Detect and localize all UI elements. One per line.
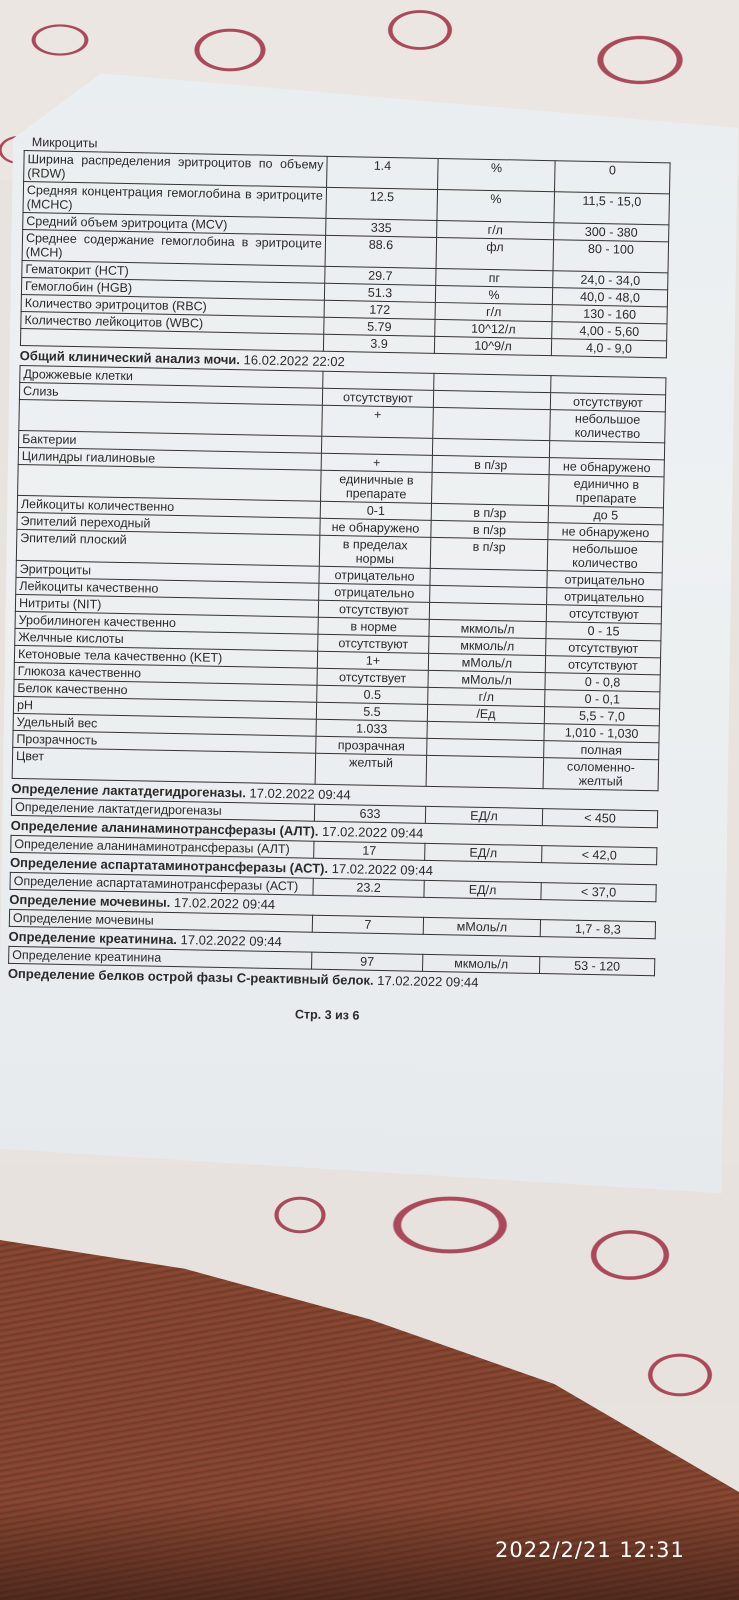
test-reference: 40,0 - 48,0 (552, 288, 667, 307)
test-value: 17 (314, 841, 425, 860)
test-value: 0.5 (317, 685, 428, 704)
test-value: 5.79 (324, 317, 435, 336)
test-unit: % (438, 158, 556, 191)
test-reference: < 450 (542, 809, 657, 828)
test-unit: мМоль/л (423, 917, 540, 936)
test-unit (426, 755, 544, 788)
test-reference: отрицательно (547, 571, 662, 590)
test-unit: в п/зр (430, 537, 548, 570)
test-value: в пределах нормы (319, 535, 431, 568)
test-value: 172 (324, 300, 435, 319)
test-reference: < 37,0 (541, 883, 656, 902)
test-reference: 1,7 - 8,3 (540, 920, 655, 939)
test-value: 97 (312, 952, 423, 971)
test-reference: 4,00 - 5,60 (552, 322, 667, 341)
test-reference: отрицательно (547, 588, 662, 607)
urine-table: Дрожжевые клеткиСлизьотсутствуютотсутств… (12, 365, 667, 791)
test-value: не обнаружено (320, 518, 431, 537)
test-value: 29.7 (325, 266, 436, 285)
test-reference: небольшое количество (550, 410, 666, 443)
test-reference: 4,0 - 9,0 (551, 339, 666, 358)
test-value: 51.3 (324, 283, 435, 302)
single-tests: Определение лактатдегидрогеназы. 17.02.2… (8, 781, 651, 976)
test-reference: единично в препарате (548, 475, 664, 508)
test-value: в норме (318, 617, 429, 636)
test-reference: 0 - 15 (546, 622, 661, 641)
test-value: 1.4 (327, 156, 439, 189)
test-reference: до 5 (548, 506, 663, 525)
test-value: отрицательно (319, 583, 430, 602)
test-value: + (321, 453, 432, 472)
test-reference: 24,0 - 34,0 (553, 271, 668, 290)
test-reference: 0 (555, 161, 671, 194)
test-unit: мкмоль/л (423, 954, 540, 973)
test-value: 12.5 (326, 187, 438, 220)
test-reference: отсутствуют (545, 656, 660, 675)
test-unit (433, 407, 551, 440)
test-value: 88.6 (325, 235, 437, 268)
test-value: 3.9 (323, 334, 434, 353)
test-value: 1.033 (316, 719, 427, 738)
test-reference: полная (544, 741, 659, 760)
test-value (321, 436, 432, 455)
test-reference: 1,010 - 1,030 (544, 724, 659, 743)
test-unit: 10^9/л (434, 336, 551, 355)
test-value: отсутствуют (318, 600, 429, 619)
test-value: 633 (314, 804, 425, 823)
test-unit: фл (436, 237, 554, 270)
test-value: + (322, 405, 434, 438)
test-reference: 0 - 0,1 (545, 690, 660, 709)
test-reference: 80 - 100 (553, 240, 669, 273)
test-name: Цвет (12, 747, 316, 784)
test-reference: 53 - 120 (539, 957, 654, 976)
test-reference: небольшое количество (547, 540, 663, 573)
test-value: отрицательно (319, 566, 430, 585)
test-value: 7 (312, 915, 423, 934)
test-unit: ЕД/л (425, 806, 542, 825)
test-reference (549, 441, 664, 460)
test-reference: < 42,0 (542, 846, 657, 865)
test-reference: соломенно-желтый (543, 758, 659, 791)
blood-table: Ширина распределения эритроцитов по объе… (20, 150, 671, 358)
test-value: 335 (326, 218, 437, 237)
test-value: 23.2 (313, 878, 424, 897)
test-reference (551, 376, 666, 395)
test-unit: ЕД/л (424, 880, 541, 899)
test-reference: не обнаружено (549, 458, 664, 477)
test-reference: отсутствуют (546, 605, 661, 624)
test-reference: отсутствуют (550, 393, 665, 412)
test-value: 0-1 (320, 501, 431, 520)
test-reference: 5,5 - 7,0 (544, 707, 659, 726)
test-value: единичные в препарате (321, 470, 433, 503)
test-value: желтый (315, 753, 427, 786)
lab-report: Микроциты Ширина распределения эритроцит… (7, 135, 664, 1028)
test-value (323, 371, 434, 390)
test-unit: % (437, 189, 555, 222)
test-value: отсутствует (317, 668, 428, 687)
test-reference: отсутствуют (546, 639, 661, 658)
test-reference: не обнаружено (548, 523, 663, 542)
test-value: 1+ (317, 651, 428, 670)
test-reference: 300 - 380 (554, 223, 669, 242)
test-value: 5.5 (316, 702, 427, 721)
test-value: отсутствуют (322, 388, 433, 407)
photo-timestamp: 2022/2/21 12:31 (495, 1538, 685, 1562)
test-reference: 130 - 160 (552, 305, 667, 324)
test-unit: ЕД/л (425, 843, 542, 862)
test-reference: 11,5 - 15,0 (554, 192, 670, 225)
test-unit (432, 472, 550, 505)
test-value: прозрачная (316, 736, 427, 755)
test-value: отсутствуют (318, 634, 429, 653)
test-reference: 0 - 0,8 (545, 673, 660, 692)
